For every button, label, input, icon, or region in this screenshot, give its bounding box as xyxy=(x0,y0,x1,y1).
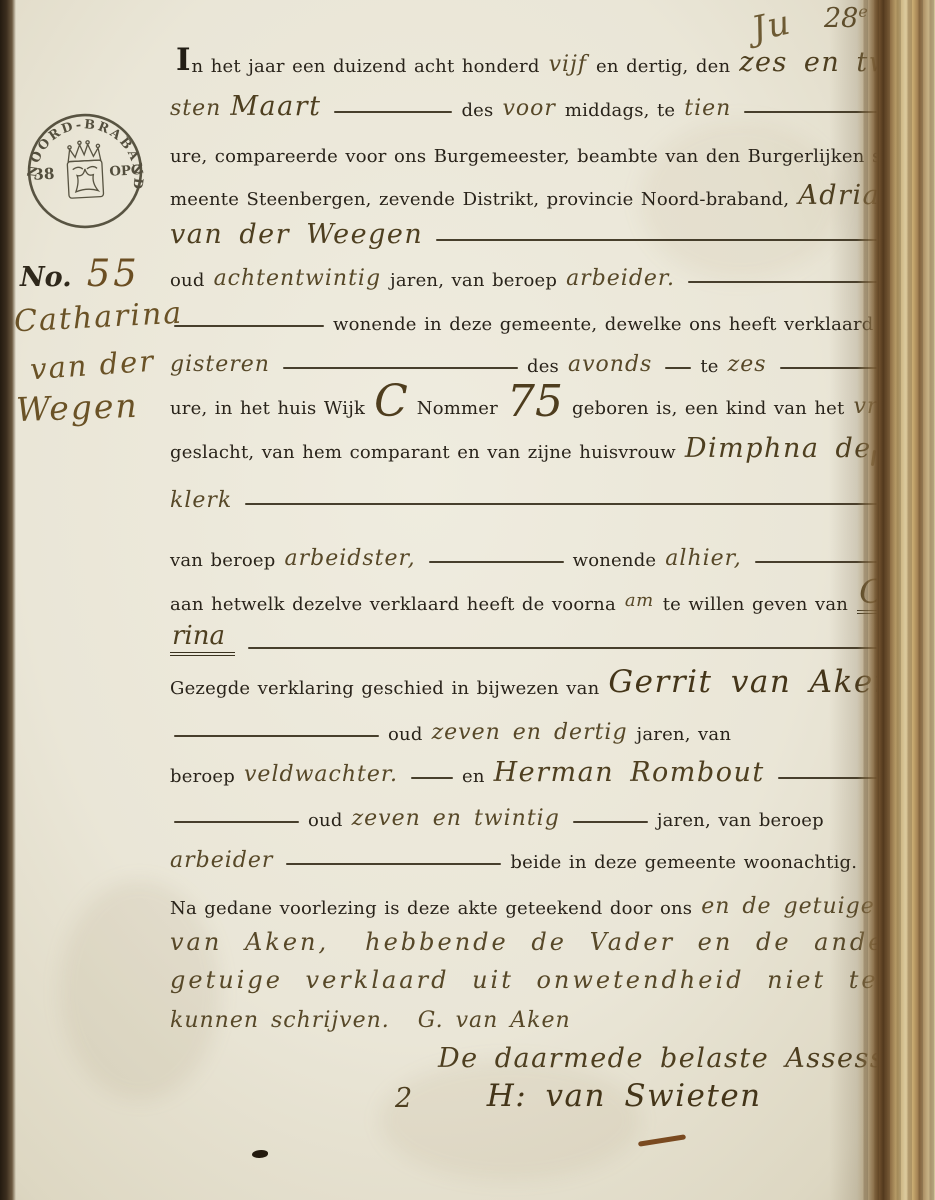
printed-text: oud xyxy=(388,726,423,744)
handwritten-text: klerk xyxy=(170,490,232,512)
fill-rule xyxy=(283,367,518,369)
fill-rule xyxy=(245,503,892,505)
stamp-coat-of-arms xyxy=(66,140,103,198)
revenue-stamp-icon: NOORD-BRABAND. 38 OPC xyxy=(21,105,149,237)
printed-text: van beroep xyxy=(170,552,276,570)
deed-line-20: Na gedane voorlezing is deze akte geteek… xyxy=(170,886,901,918)
deed-line-1: In het jaar een duizend acht honderdvijf… xyxy=(170,44,901,76)
deed-line-23: kunnen schrijven.G. van Aken xyxy=(170,1000,901,1032)
handwritten-text: zeven en dertig xyxy=(432,722,628,744)
printed-text: des xyxy=(527,358,559,376)
printed-text: ure, in het huis Wijk xyxy=(170,400,365,418)
birth-record-page: Ju 28e NOORD-BRABAND. 38 OPC No. 55 Cath… xyxy=(0,0,935,1200)
margin-name-line: Wegen xyxy=(15,386,139,429)
printed-text: jaren, van xyxy=(637,726,732,744)
deed-line-11: klerk xyxy=(170,480,901,512)
printed-text: geslacht, van hem comparant en van zijne… xyxy=(170,444,676,462)
deed-line-13: aan hetwelk dezelve verklaard heeft de v… xyxy=(170,582,901,614)
binding-edge xyxy=(857,0,935,1200)
handwritten-text: veldwachter. xyxy=(244,764,398,786)
printed-text: Na gedane voorlezing is deze akte geteek… xyxy=(170,900,692,918)
spacer xyxy=(338,953,356,954)
fill-rule xyxy=(436,239,892,241)
margin-name-line: van der xyxy=(29,344,156,387)
handwritten-text: rina xyxy=(170,623,235,656)
deed-line-8: gisterendesavondstezes xyxy=(170,344,901,376)
handwritten-text: arbeidster, xyxy=(285,548,416,570)
svg-text:NOORD-BRABAND.: NOORD-BRABAND. xyxy=(21,105,148,198)
deed-line-21: van Aken,hebbende de Vader en de andere, xyxy=(170,922,901,954)
printed-text: aan hetwelk dezelve verklaard heeft de v… xyxy=(170,596,616,614)
handwritten-text: avonds xyxy=(568,354,652,376)
fill-rule xyxy=(411,777,453,779)
fill-rule xyxy=(174,735,379,737)
deed-line-14: rina xyxy=(170,624,901,656)
handwritten-text: van Aken, xyxy=(170,930,329,954)
spacer xyxy=(423,1111,478,1112)
deed-line-7: wonende in deze gemeente, dewelke ons he… xyxy=(170,302,901,334)
deed-line-22: getuige verklaard uit onwetendheid niet … xyxy=(170,960,901,992)
printed-text: jaren, van beroep xyxy=(390,272,557,290)
printed-text: te willen geven van xyxy=(663,596,848,614)
handwritten-text: 75 xyxy=(507,380,563,424)
ink-dash-mark xyxy=(638,1134,686,1146)
fill-rule xyxy=(665,367,691,369)
printed-text: oud xyxy=(170,272,205,290)
printed-text: te xyxy=(700,358,718,376)
printed-text: I xyxy=(176,45,191,76)
handwritten-text: van der Weegen xyxy=(170,221,423,248)
printed-text: oud xyxy=(308,812,343,830)
printed-text: geboren is, een kind van het xyxy=(572,400,844,418)
stamp-left-value: 38 xyxy=(33,165,55,184)
spacer xyxy=(399,1031,409,1032)
margin-name-line: Catharina xyxy=(13,296,184,340)
handwritten-text: gisteren xyxy=(170,354,270,376)
fill-rule xyxy=(174,325,324,327)
printed-text: wonende xyxy=(573,552,657,570)
handwritten-text: tien xyxy=(684,98,731,120)
ink-blot xyxy=(252,1150,268,1158)
fill-rule xyxy=(334,111,452,113)
printed-text: jaren, van beroep xyxy=(657,812,824,830)
deed-line-24: De daarmede belaste Assessor. xyxy=(170,1040,901,1072)
handwritten-text: am xyxy=(625,592,654,610)
fill-rule xyxy=(248,647,892,649)
act-number-value: 55 xyxy=(87,252,140,295)
printed-text: n het jaar een duizend acht honderd xyxy=(192,58,540,76)
deed-line-18: oudzeven en twintigjaren, van beroep xyxy=(170,798,901,830)
handwritten-text: G. van Aken xyxy=(418,1010,571,1032)
handwritten-text: C xyxy=(374,380,408,424)
corner-initials: Ju xyxy=(748,2,795,49)
printed-text: meente Steenbergen, zevende Distrikt, pr… xyxy=(170,191,789,209)
handwritten-text: H: van Swieten xyxy=(487,1081,762,1112)
handwritten-text: arbeider xyxy=(170,850,273,872)
printed-text: en dertig, den xyxy=(596,58,730,76)
deed-line-2: stenMaartdesvoormiddags, tetien xyxy=(170,88,901,120)
act-number: No. 55 xyxy=(20,252,140,295)
deed-line-10: geslacht, van hem comparant en van zijne… xyxy=(170,430,901,462)
deed-line-25: 2H: van Swieten xyxy=(170,1080,901,1112)
printed-text: des xyxy=(461,102,493,120)
act-number-label: No. xyxy=(20,262,72,293)
deed-line-15: Gezegde verklaring geschied in bijwezen … xyxy=(170,666,901,698)
printed-text: middags, te xyxy=(565,102,675,120)
handwritten-text: alhier, xyxy=(665,548,741,570)
deed-line-16: oudzeven en dertigjaren, van xyxy=(170,712,901,744)
handwritten-text: getuige verklaard uit onwetendheid niet … xyxy=(170,968,879,992)
printed-text: Nommer xyxy=(417,400,498,418)
handwritten-text: voor xyxy=(502,98,555,120)
deed-line-12: van beroeparbeidster,wonendealhier, xyxy=(170,538,901,570)
printed-text: beroep xyxy=(170,768,235,786)
deed-line-3: ure, compareerde voor ons Burgemeester, … xyxy=(170,134,901,166)
left-page-edge xyxy=(0,0,16,1200)
stamp-right-value: OPC xyxy=(109,163,142,180)
deed-line-6: oudachtentwintigjaren, van beroeparbeide… xyxy=(170,258,901,290)
deed-line-5: van der Weegen xyxy=(170,216,901,248)
printed-text: ure, compareerde voor ons Burgemeester, … xyxy=(170,148,935,166)
handwritten-text: 2 xyxy=(395,1085,414,1112)
handwritten-text: sten xyxy=(170,98,221,120)
handwritten-text: achtentwintig xyxy=(214,268,381,290)
deed-line-17: beroepveldwachter.enHerman Rombout xyxy=(170,754,901,786)
deed-line-4: meente Steenbergen, zevende Distrikt, pr… xyxy=(170,177,901,209)
deed-line-19: arbeiderbeide in deze gemeente woonachti… xyxy=(170,840,901,872)
printed-text: en xyxy=(462,768,485,786)
handwritten-text: vijf xyxy=(549,54,587,76)
fill-rule xyxy=(573,821,648,823)
printed-text: Gezegde verklaring geschied in bijwezen … xyxy=(170,680,599,698)
handwritten-text: Herman Rombout xyxy=(494,759,765,786)
stamp-arc-text: NOORD-BRABAND. xyxy=(21,105,148,198)
printed-text: beide in deze gemeente woonachtig. xyxy=(510,854,857,872)
handwritten-text: zeven en twintig xyxy=(352,808,560,830)
handwritten-text: Maart xyxy=(230,93,321,120)
deed-line-9: ure, in het huis WijkCNommer75geboren is… xyxy=(170,386,901,418)
handwritten-text: arbeider. xyxy=(566,268,675,290)
handwritten-text: kunnen schrijven. xyxy=(170,1010,390,1032)
fill-rule xyxy=(429,561,564,563)
fill-rule xyxy=(286,863,501,865)
handwritten-text: zes xyxy=(728,354,767,376)
fill-rule xyxy=(174,821,299,823)
